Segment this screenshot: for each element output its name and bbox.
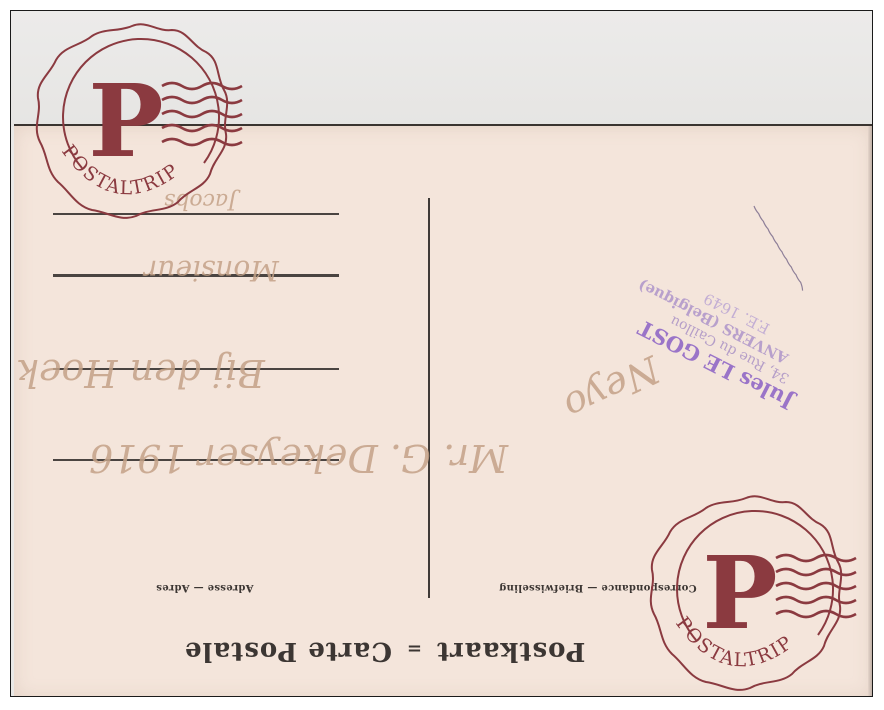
postaltrip-watermark-bottom: P POSTALTRIP — [636, 490, 866, 700]
title-nl: Postkaart — [436, 636, 585, 666]
svg-text:P: P — [702, 534, 777, 652]
address-label: Adresse — Adres — [156, 582, 253, 593]
handwriting-line-3: Bij den Hoek — [16, 351, 265, 395]
card-edge-shadow — [868, 126, 872, 697]
handwriting-line-2: Monsieur — [144, 254, 279, 287]
handwriting-line-4: Mr. G. Dekeyser 1916 — [89, 436, 508, 480]
center-divider — [428, 198, 430, 598]
title-fr: Carte Postale — [184, 636, 392, 666]
postcard-title: Postkaart = Carte Postale — [184, 636, 585, 666]
dealer-stamp: Jules LE GOST 34, Rue du Caillou ANVERS … — [604, 196, 844, 426]
svg-text:P: P — [88, 62, 163, 180]
title-separator: = — [406, 638, 422, 659]
postaltrip-watermark-top: P POSTALTRIP — [22, 18, 252, 228]
